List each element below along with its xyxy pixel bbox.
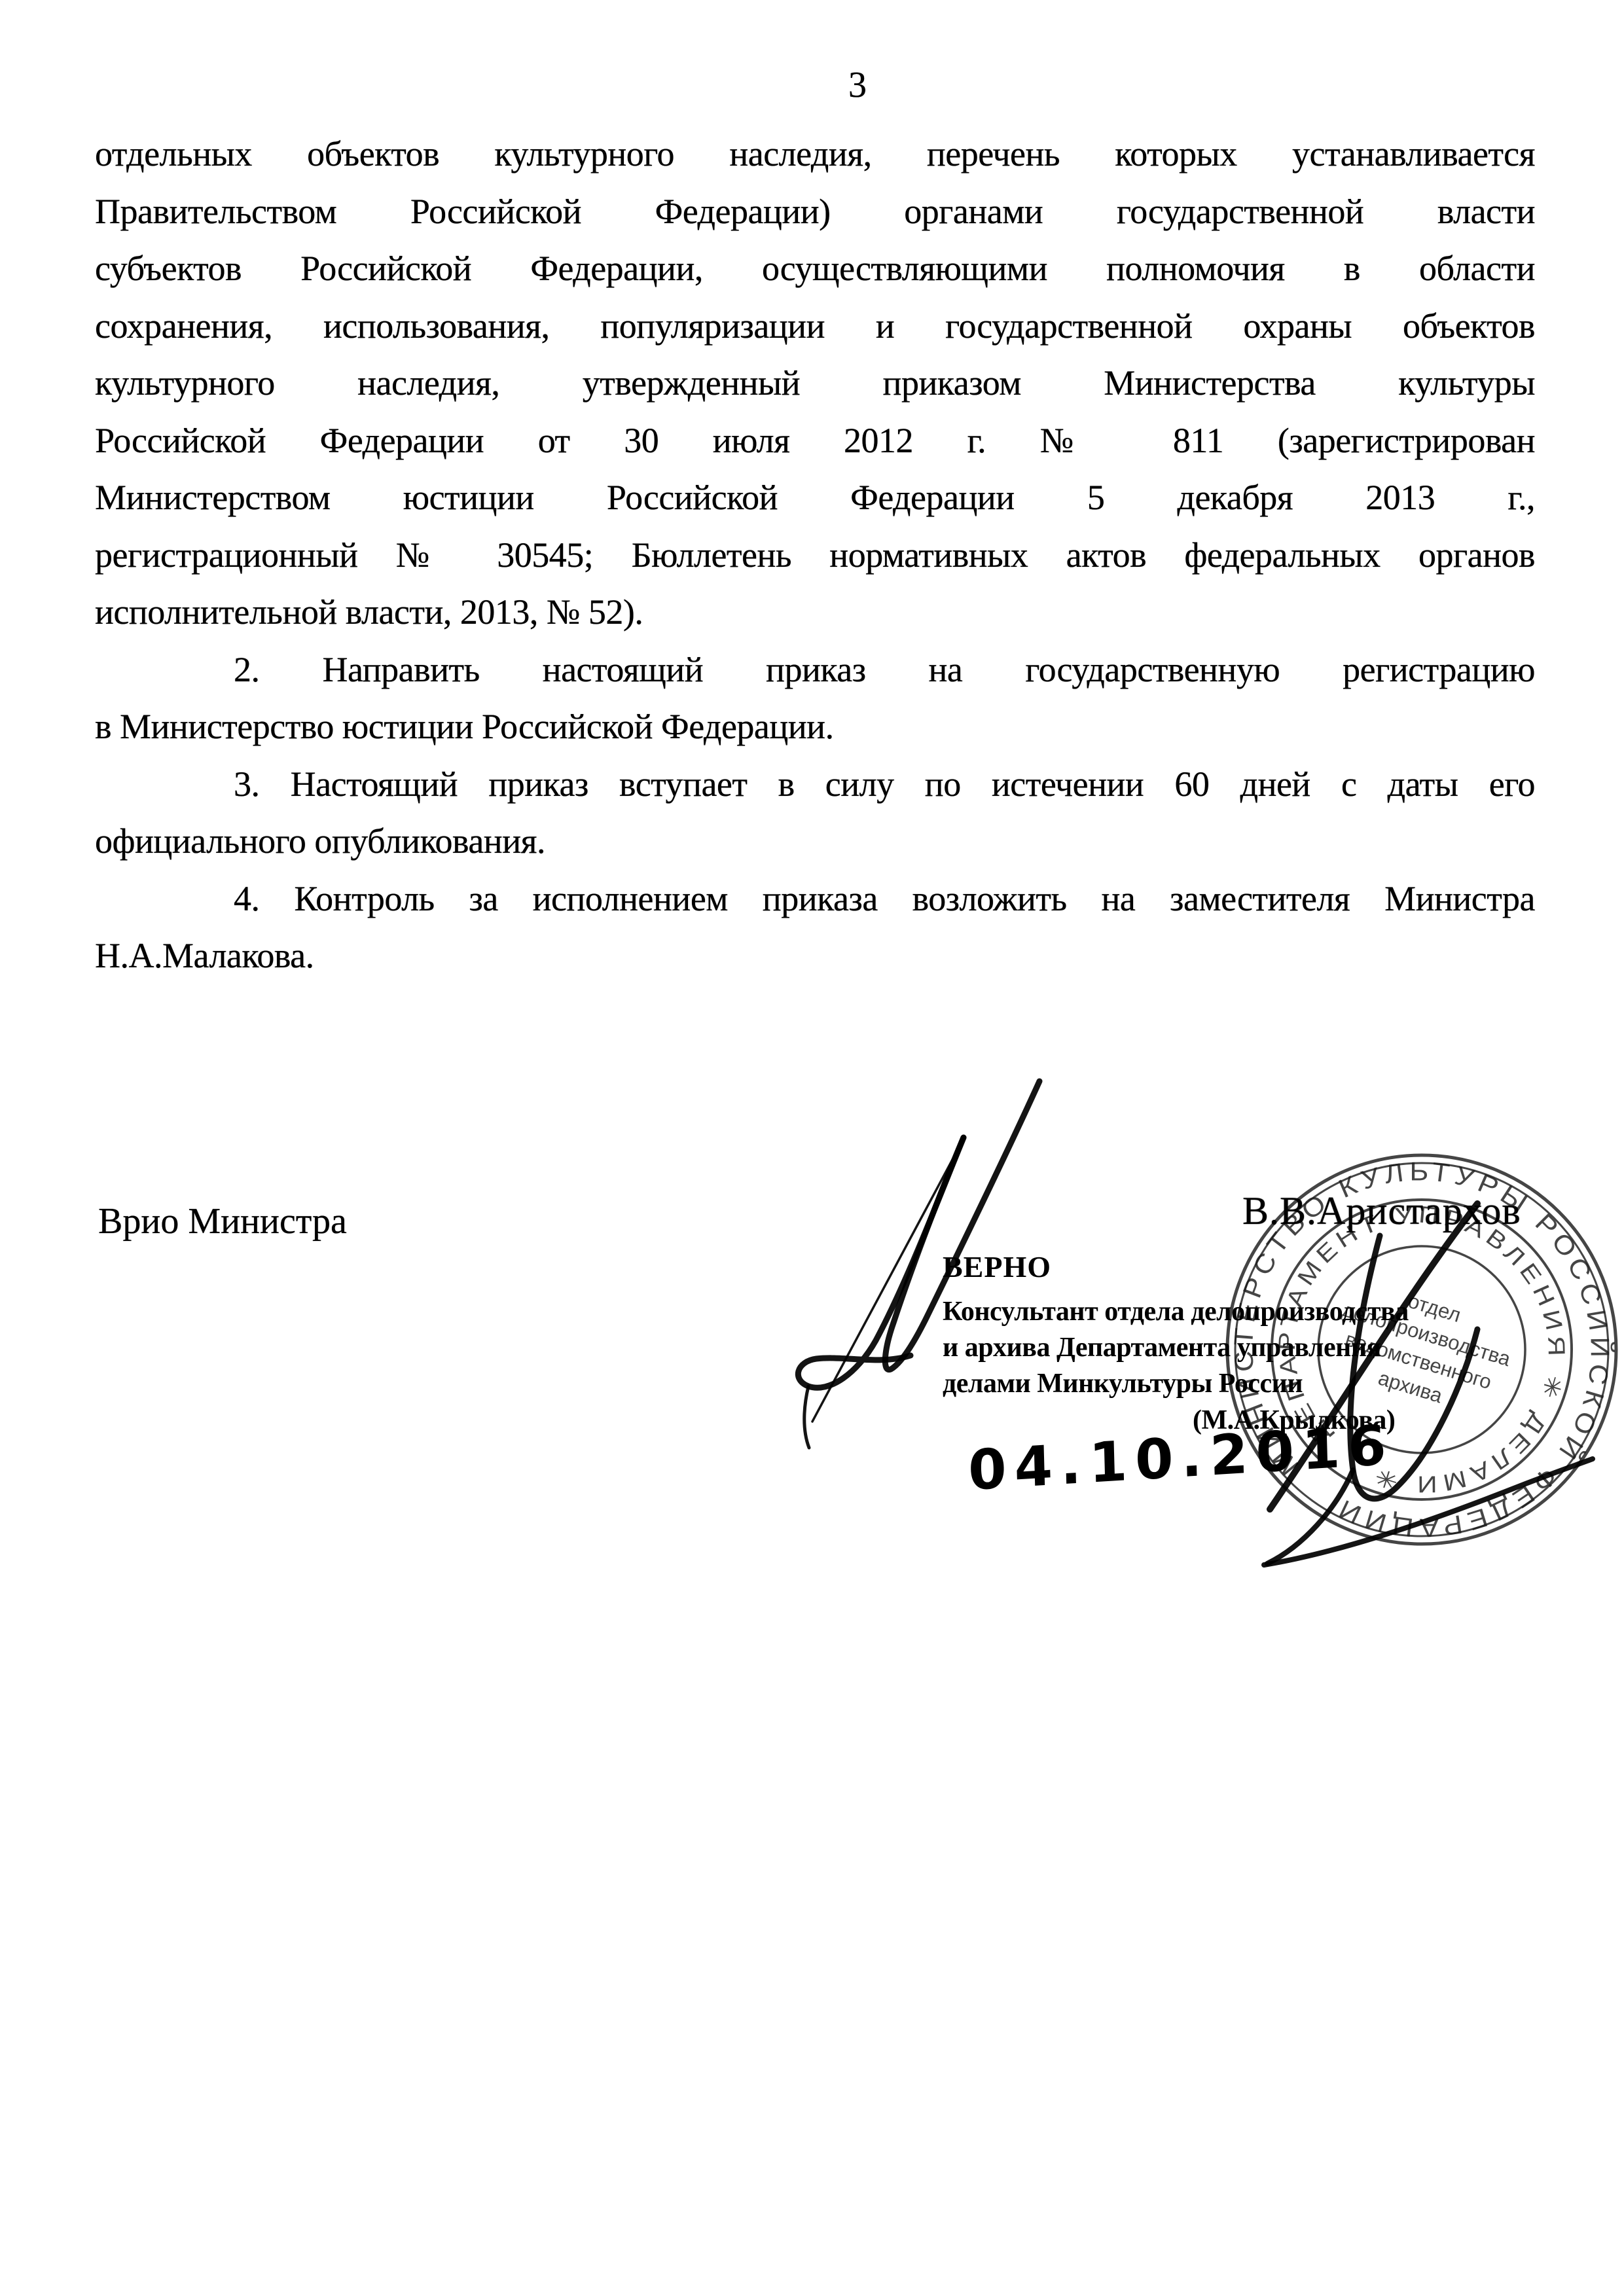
text-line-paragraph-3: 3. Настоящий приказ вступает в силу по и… [95, 756, 1535, 814]
certifier-position-line-2: и архива Департамента управления [943, 1330, 1409, 1366]
text-line: культурного наследия, утвержденный прика… [95, 355, 1535, 412]
signatory-name: В.В.Аристархов [1242, 1189, 1521, 1234]
text-line: в Министерство юстиции Российской Федера… [95, 698, 1535, 756]
text-line: субъектов Российской Федерации, осуществ… [95, 240, 1535, 298]
text-line: Министерством юстиции Российской Федерац… [95, 469, 1535, 527]
text-line: исполнительной власти, 2013, № 52). [95, 584, 1535, 641]
text-line-paragraph-2: 2. Направить настоящий приказ на государ… [95, 641, 1535, 699]
text-line-paragraph-4: 4. Контроль за исполнением приказа возло… [95, 870, 1535, 928]
text-line: сохранения, использования, популяризации… [95, 298, 1535, 355]
text-line: регистрационный № 30545; Бюллетень норма… [95, 527, 1535, 584]
document-body-text: отдельных объектов культурного наследия,… [95, 126, 1535, 985]
verno-label: ВЕРНО [943, 1249, 1409, 1285]
text-line: Российской Федерации от 30 июля 2012 г. … [95, 412, 1535, 470]
text-line: Н.А.Малакова. [95, 927, 1535, 985]
certification-block: ВЕРНО Консультант отдела делопроизводств… [943, 1249, 1409, 1439]
certifier-position-line-1: Консультант отдела делопроизводства [943, 1294, 1409, 1330]
scanned-document-page: 3 отдельных объектов культурного наследи… [0, 0, 1624, 2296]
certifier-position-line-3: делами Минкультуры России [943, 1366, 1409, 1402]
signatory-title: Врио Министра [98, 1200, 347, 1242]
page-number: 3 [848, 65, 867, 105]
text-line: официального опубликования. [95, 813, 1535, 870]
text-line: отдельных объектов культурного наследия,… [95, 126, 1535, 183]
text-line: Правительством Российской Федерации) орг… [95, 183, 1535, 241]
